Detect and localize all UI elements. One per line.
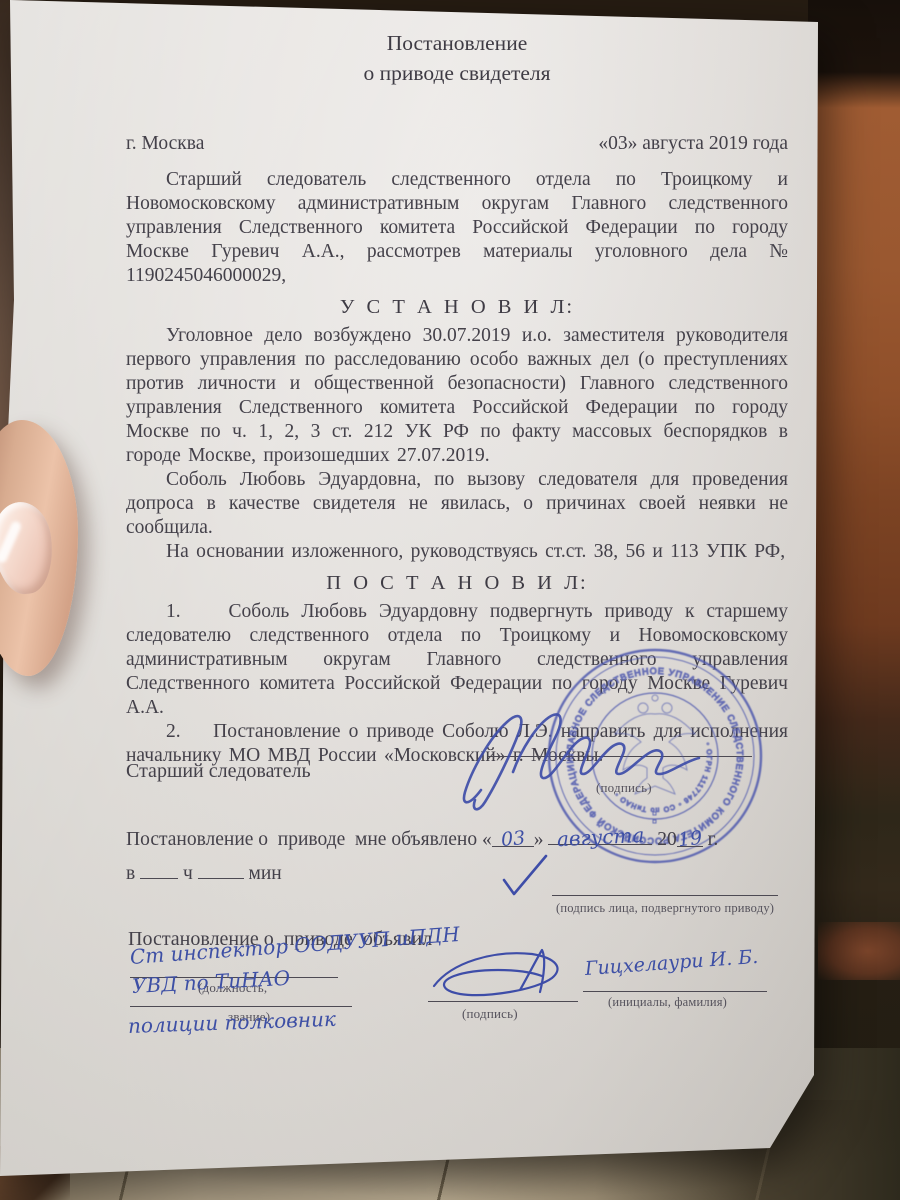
document-title: Постановление о приводе свидетеля xyxy=(126,28,788,88)
document-date: «03» августа 2019 года xyxy=(598,132,788,156)
time-ch: ч xyxy=(183,863,193,884)
document-paper-wrap: Постановление о приводе свидетеля г. Мос… xyxy=(0,0,840,1200)
city-date-row: г. Москва «03» августа 2019 года xyxy=(126,132,788,156)
title-line-1: Постановление xyxy=(126,28,788,58)
person-checkmark xyxy=(498,852,554,898)
announce-close-quote: » xyxy=(534,829,544,850)
basis-paragraph: На основании изложенного, руководствуясь… xyxy=(126,540,788,564)
investigator-signature xyxy=(455,694,755,814)
intro-paragraph: Старший следователь следственного отдела… xyxy=(126,168,788,288)
document-paper: Постановление о приводе свидетеля г. Мос… xyxy=(0,0,828,1180)
heading-ustanovil: У С Т А Н О В И Л: xyxy=(126,295,788,319)
heading-postanovil: П О С Т А Н О В И Л: xyxy=(126,571,788,595)
signer-title: Старший следователь xyxy=(126,760,311,783)
time-min: мин xyxy=(249,863,282,884)
handwritten-month: августа xyxy=(556,823,645,852)
handwritten-name: Гицхелаури И. Б. xyxy=(584,946,759,980)
handwritten-rank: полиции полковник xyxy=(128,1007,337,1038)
person-sign-label: (подпись лица, подвергнутого приводу) xyxy=(556,901,774,916)
year-printed: 20 xyxy=(657,829,677,850)
handwritten-day: 03 xyxy=(500,827,526,851)
person-signature-line xyxy=(552,895,778,896)
podpis2-label: (подпись) xyxy=(462,1006,518,1022)
announce-prefix: Постановление о приводе мне объявлено « xyxy=(126,829,492,850)
announcer-signature xyxy=(424,946,584,1008)
title-line-2: о приводе свидетеля xyxy=(126,58,788,88)
announce-line: Постановление о приводе мне объявлено «0… xyxy=(126,826,796,851)
thumb-holding-paper xyxy=(0,420,78,676)
initials-label: (инициалы, фамилия) xyxy=(608,995,727,1010)
year-suffix: г. xyxy=(708,829,719,850)
handwritten-year: 19 xyxy=(677,827,703,851)
time-line: в ч мин xyxy=(126,860,282,885)
time-v: в xyxy=(126,863,135,884)
case-paragraph: Уголовное дело возбуждено 30.07.2019 и.о… xyxy=(126,324,788,468)
sobol-paragraph: Соболь Любовь Эдуардовна, по вызову след… xyxy=(126,468,788,540)
name-line xyxy=(583,991,767,992)
photo-of-document: { "doc": { "title1": "Постановление", "t… xyxy=(0,0,900,1200)
city: г. Москва xyxy=(126,132,204,156)
podpis-label: (подпись) xyxy=(596,780,652,796)
